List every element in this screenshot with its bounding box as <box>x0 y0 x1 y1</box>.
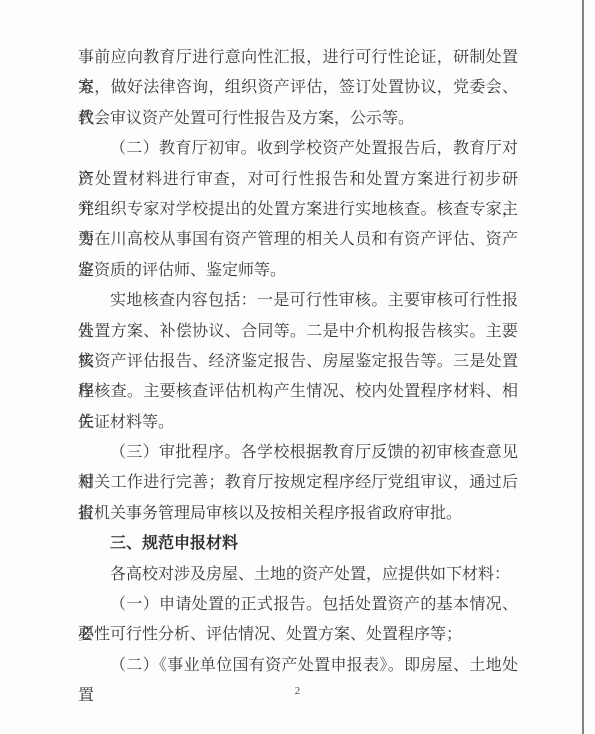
document-body: 事前应向教育厅进行意向性汇报，进行可行性论证，研制处置方案，做好法律咨询，组织资… <box>78 43 518 681</box>
text-line: 处置方案、补偿协议、合同等。二是中介机构报告核实。主要核 <box>78 317 518 347</box>
text-line: 各高校对涉及房屋、土地的资产处置，应提供如下材料： <box>78 560 518 590</box>
text-line: 省机关事务管理局审核以及按相关程序报省政府审批。 <box>78 499 518 529</box>
text-line: 实地核查内容包括：一是可行性审核。主要审核可行性报告、 <box>78 286 518 316</box>
scanned-document-page: 事前应向教育厅进行意向性汇报，进行可行性论证，研制处置方案，做好法律咨询，组织资… <box>0 0 595 734</box>
scan-edge-artifact <box>582 0 584 734</box>
text-line: 产处置材料进行审查，对可行性报告和处置方案进行初步研究， <box>78 165 518 195</box>
text-line: 为在川高校从事国有资产管理的相关人员和有资产评估、资产鉴 <box>78 225 518 255</box>
text-line: 实资产评估报告、经济鉴定报告、房屋鉴定报告等。三是处置程 <box>78 347 518 377</box>
page-number: 2 <box>0 684 595 698</box>
text-line: 序核查。主要核查评估机构产生情况、校内处置程序材料、相关 <box>78 377 518 407</box>
text-line: （二）《事业单位国有资产处置申报表》。即房屋、土地处置 <box>78 651 518 681</box>
text-line: 事前应向教育厅进行意向性汇报，进行可行性论证，研制处置方 <box>78 43 518 73</box>
text-line: 案，做好法律咨询，组织资产评估，签订处置协议，党委会、教 <box>78 73 518 103</box>
section-heading: 三、规范申报材料 <box>78 529 518 559</box>
text-line: 相关工作进行完善；教育厅按规定程序经厅党组审议，通过后报 <box>78 468 518 498</box>
text-line: （二）教育厅初审。收到学校资产处置报告后，教育厅对资 <box>78 134 518 164</box>
text-line: （三）审批程序。各学校根据教育厅反馈的初审核查意见对 <box>78 438 518 468</box>
text-line: 佐证材料等。 <box>78 408 518 438</box>
text-line: 并组织专家对学校提出的处置方案进行实地核查。核查专家主要 <box>78 195 518 225</box>
text-line: （一）申请处置的正式报告。包括处置资产的基本情况、必 <box>78 590 518 620</box>
text-line: 要性可行性分析、评估情况、处置方案、处置程序等； <box>78 620 518 650</box>
text-line: 代会审议资产处置可行性报告及方案，公示等。 <box>78 104 518 134</box>
text-line: 定资质的评估师、鉴定师等。 <box>78 256 518 286</box>
